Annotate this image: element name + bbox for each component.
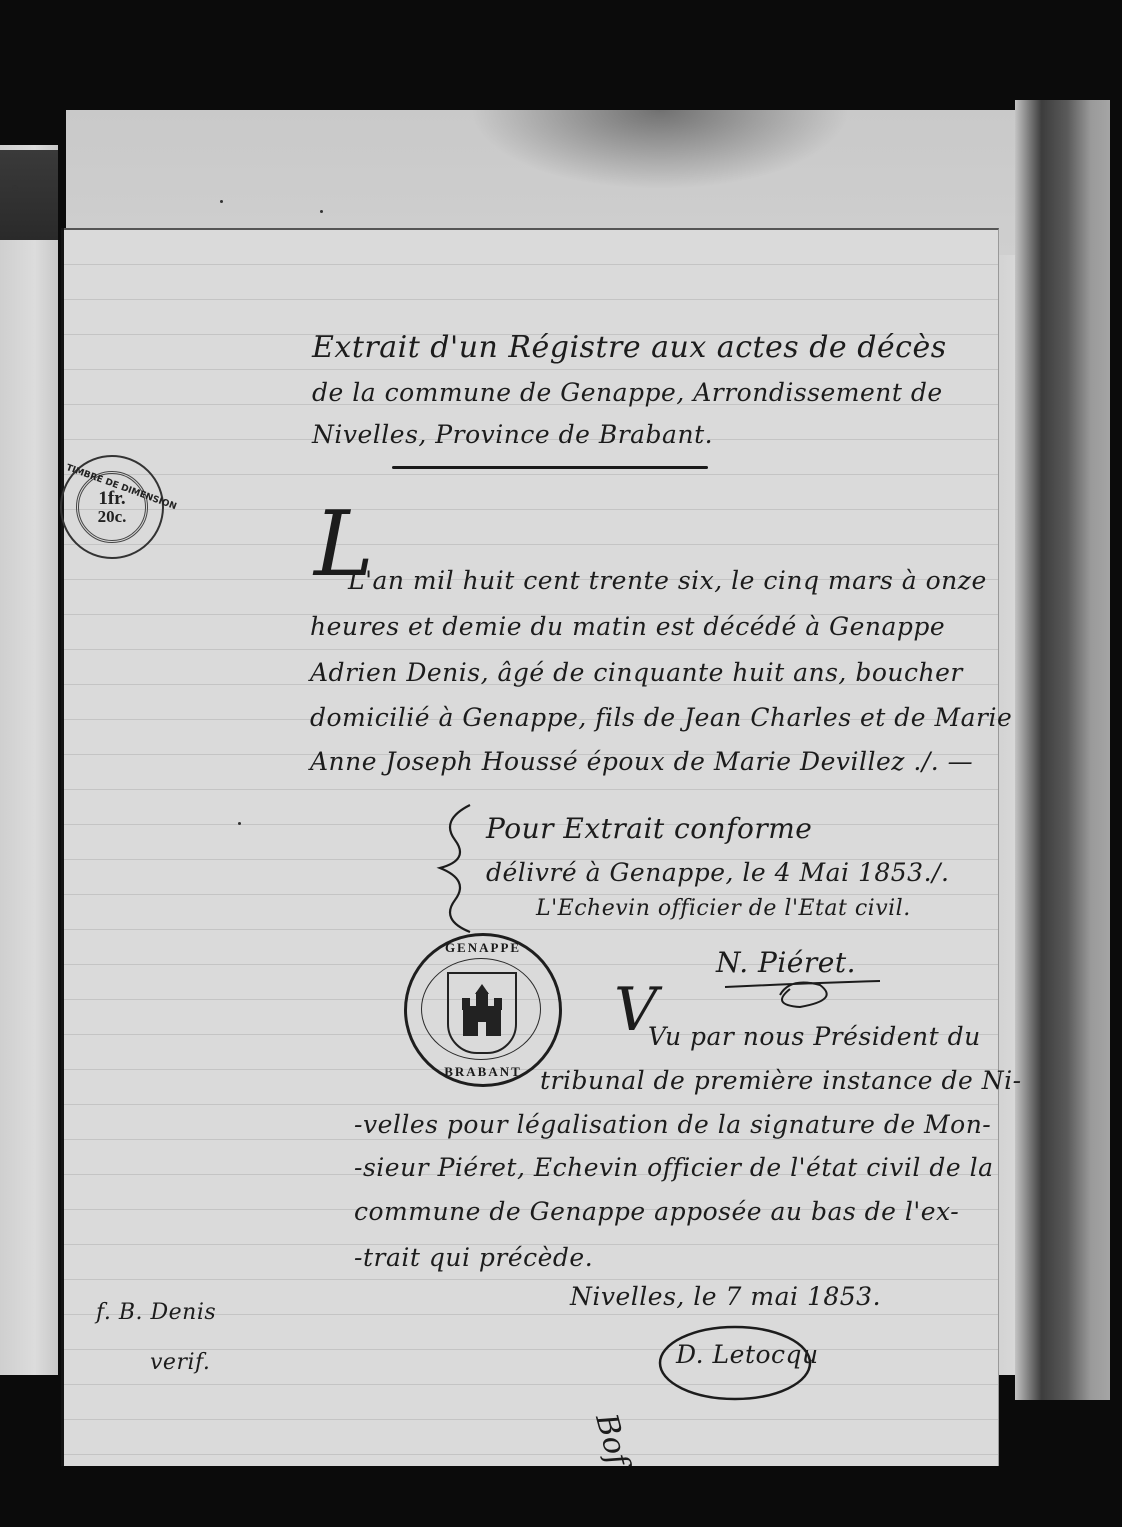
header-line-1: Extrait d'un Régistre aux actes de décès <box>312 330 947 365</box>
header-line-2: de la commune de Genappe, Arrondissement… <box>312 378 943 407</box>
water-stain <box>470 110 850 190</box>
legalisation-line-3: -velles pour légalisation de la signatur… <box>354 1110 991 1139</box>
certification-line-3: L'Echevin officier de l'Etat civil. <box>536 896 911 921</box>
legalisation-line-1: Vu par nous Président du <box>648 1022 981 1051</box>
body-line-3: Adrien Denis, âgé de cinquante huit ans,… <box>310 658 963 687</box>
header-underline <box>392 466 708 469</box>
margin-note-line-1: f. B. Denis <box>96 1300 216 1325</box>
place-date: Nivelles, le 7 mai 1853. <box>570 1282 881 1311</box>
tax-stamp: TIMBRE DE DIMENSION 1fr. 20c. <box>60 455 164 559</box>
ink-speck <box>320 210 323 213</box>
tax-stamp-centimes: 20c. <box>98 508 127 525</box>
ink-speck <box>238 822 241 825</box>
legalisation-line-5: commune de Genappe apposée au bas de l'e… <box>354 1197 959 1226</box>
adjacent-page-left <box>0 145 58 1375</box>
adjacent-page-shadow <box>0 150 58 240</box>
ink-speck <box>12 185 18 191</box>
certification-line-1: Pour Extrait conforme <box>486 812 812 845</box>
legalisation-line-4: -sieur Piéret, Echevin officier de l'éta… <box>354 1153 993 1182</box>
legalisation-line-6: -trait qui précède. <box>354 1243 593 1272</box>
document-sheet <box>64 228 999 1466</box>
body-line-1: L'an mil huit cent trente six, le cinq m… <box>348 566 987 595</box>
certification-line-2: délivré à Genappe, le 4 Mai 1853./. <box>486 858 949 887</box>
legalisation-line-2: tribunal de première instance de Ni- <box>540 1066 1022 1095</box>
president-signature: D. Letocqu <box>676 1340 819 1369</box>
seal-bottom-text: BRABANT <box>407 1064 559 1080</box>
ink-speck <box>220 200 223 203</box>
seal-top-text: GENAPPE <box>407 940 559 956</box>
brace-icon <box>430 800 490 935</box>
body-line-4: domicilié à Genappe, fils de Jean Charle… <box>310 703 1012 732</box>
margin-note-line-2: verif. <box>150 1350 210 1375</box>
genappe-municipal-seal: GENAPPE BRABANT <box>404 933 562 1087</box>
book-binding <box>1015 100 1110 1400</box>
body-line-2: heures et demie du matin est décédé à Ge… <box>310 612 945 641</box>
coat-of-arms-shield <box>447 972 517 1054</box>
signature-flourish-icon <box>720 975 900 1025</box>
header-line-3: Nivelles, Province de Brabant. <box>312 420 713 449</box>
body-line-5: Anne Joseph Houssé époux de Marie Devill… <box>310 747 973 776</box>
castle-icon <box>457 984 507 1042</box>
